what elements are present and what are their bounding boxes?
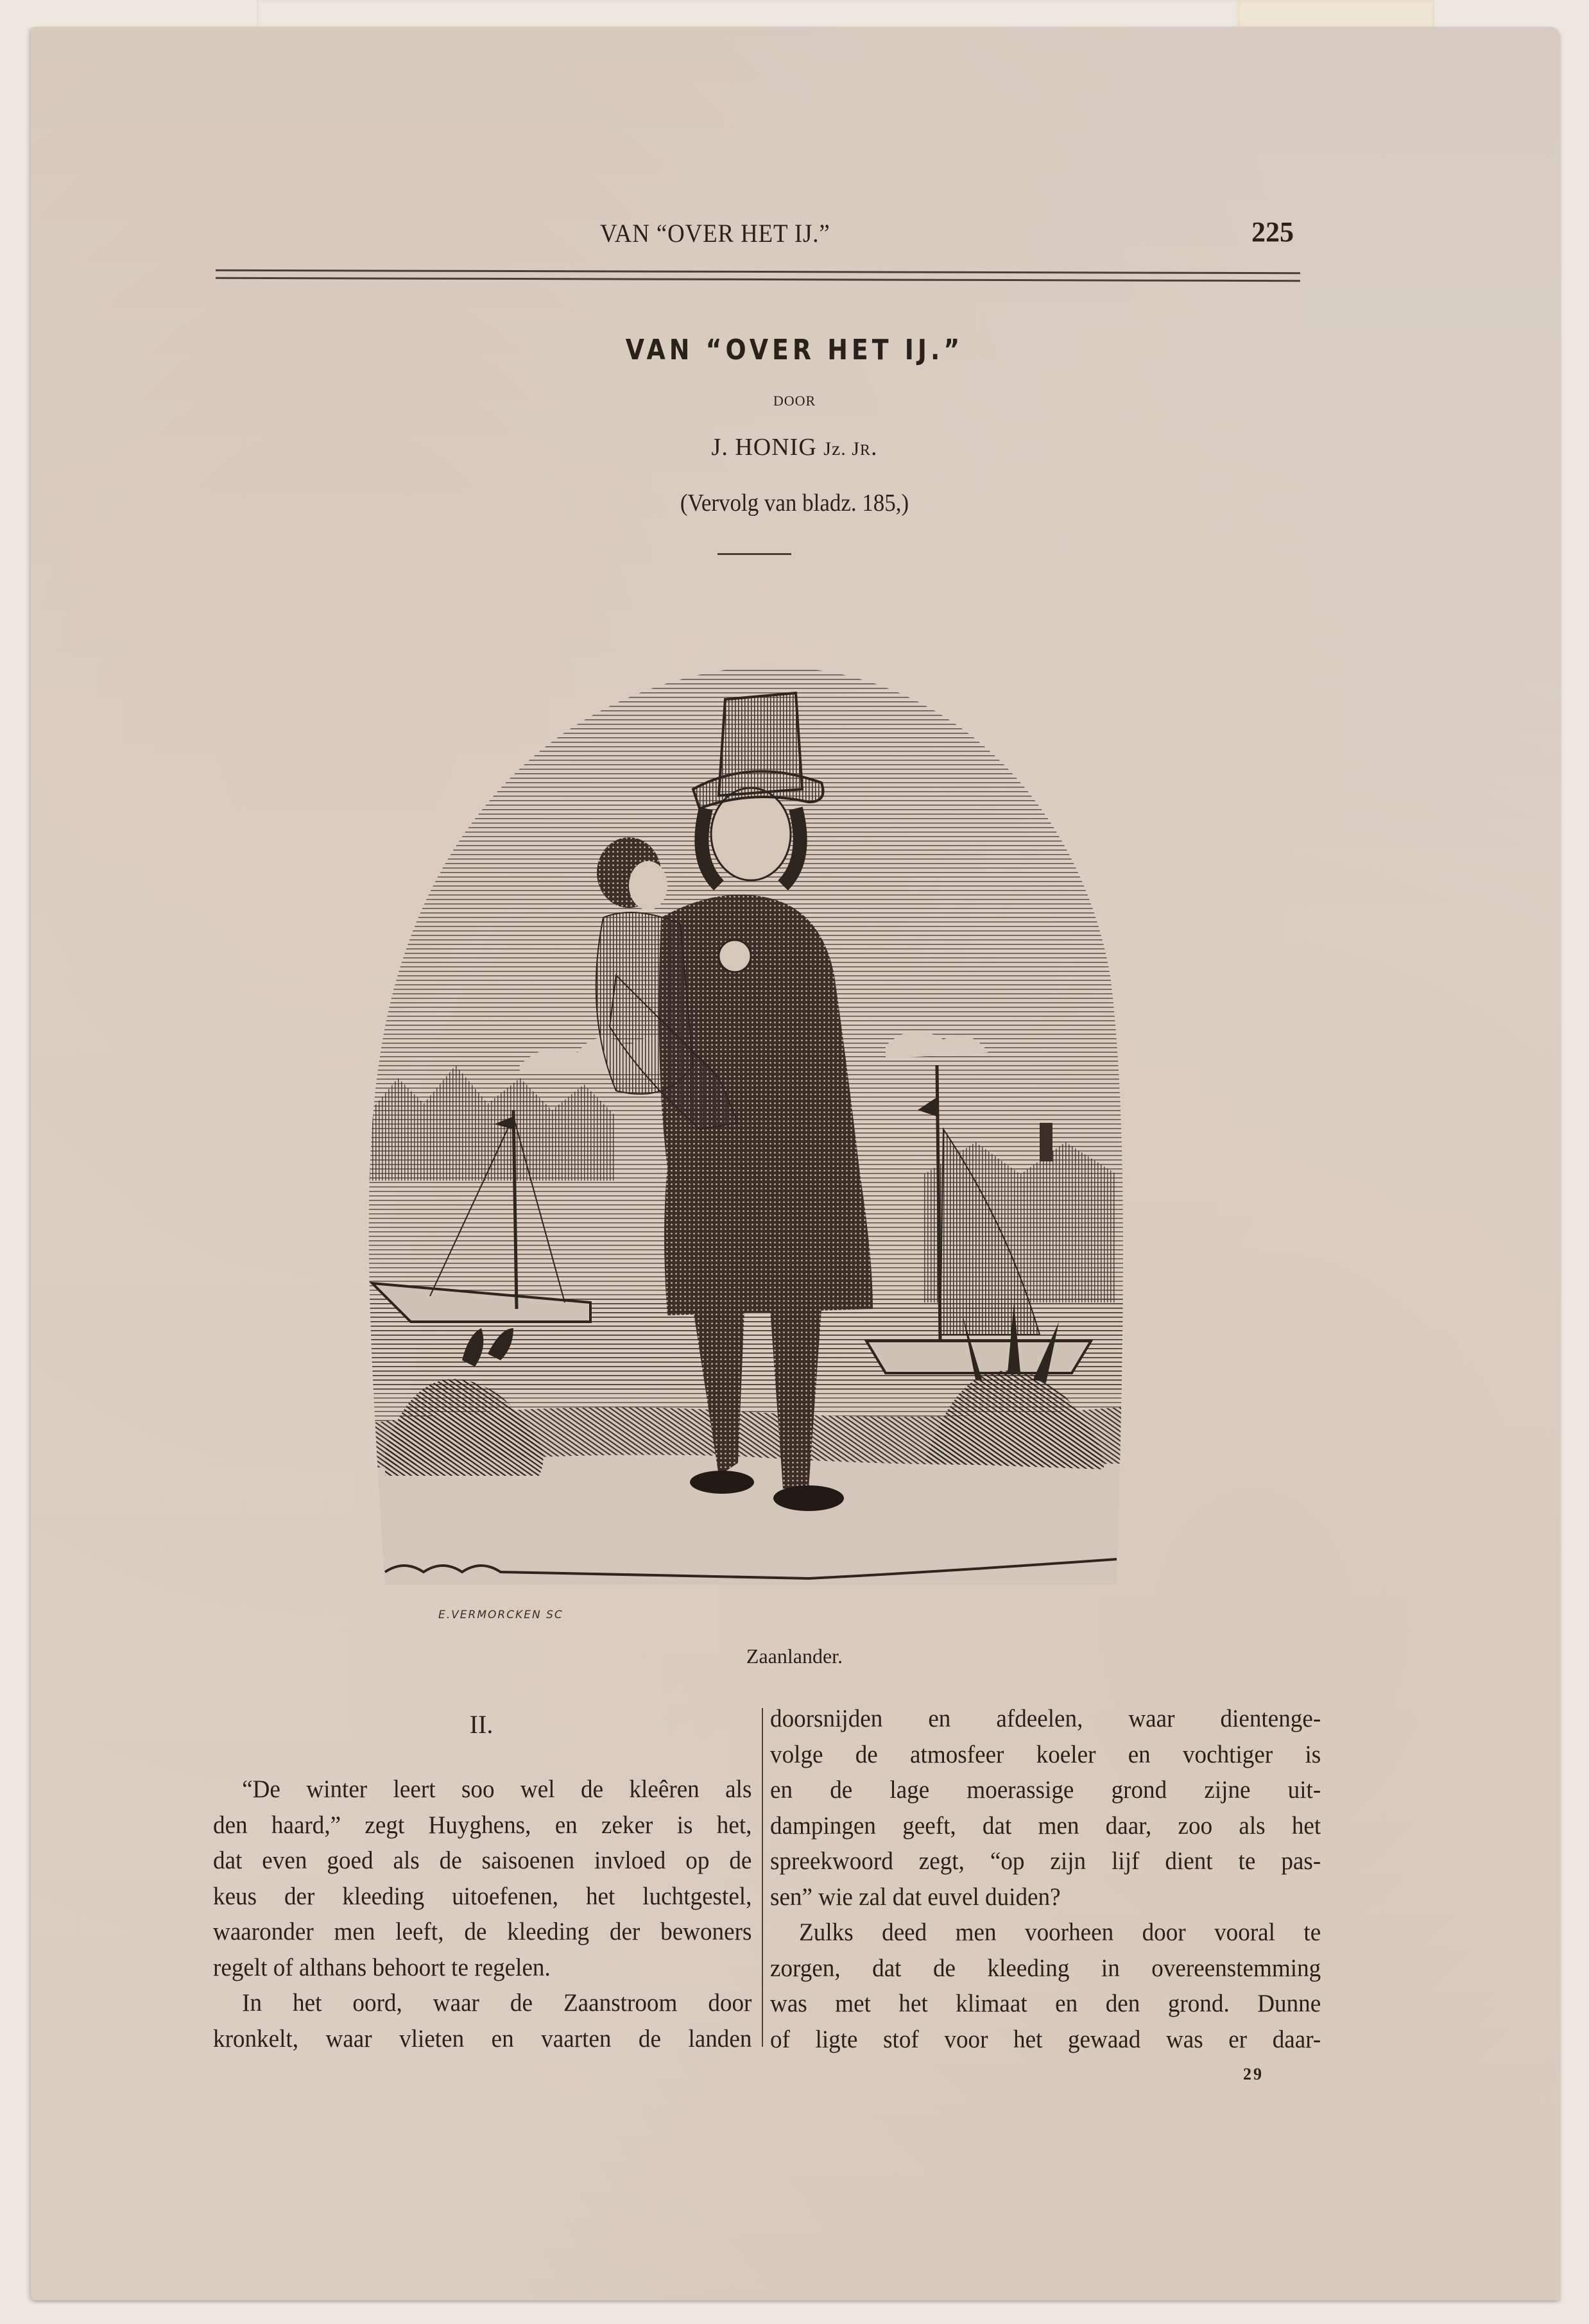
text-column-left: “De winter leert soo wel de kleêren als … — [213, 1772, 752, 2056]
section-numeral: II. — [205, 1709, 757, 1739]
text-line: dat even goed als de saisoenen invloed o… — [213, 1843, 752, 1879]
text-line: waaronder men leeft, de kleeding der bew… — [213, 1914, 752, 1950]
text-line: In het oord, waar de Zaanstroom door — [213, 1985, 752, 2021]
byline-door: DOOR — [0, 393, 1589, 409]
engraver-signature: E.VERMORCKEN SC — [438, 1609, 563, 1621]
page-number: 225 — [1251, 216, 1294, 248]
title-short-rule — [717, 553, 791, 555]
author-name: J. HONIG — [712, 434, 824, 461]
text-line: regelt of althans behoort te regelen. — [213, 1950, 752, 1986]
text-line: volge de atmosfeer koeler en vochtiger i… — [770, 1737, 1321, 1773]
text-line: zorgen, dat de kleeding in overeenstemmi… — [770, 1951, 1321, 1987]
text-line: of ligte stof voor het gewaad was er daa… — [770, 2022, 1321, 2058]
text-column-right: doorsnijden en afdeelen, waar dientenge-… — [770, 1701, 1321, 2057]
figure-caption: Zaanlander. — [0, 1645, 1589, 1668]
text-line: “De winter leert soo wel de kleêren als — [213, 1772, 752, 1807]
running-head-title: VAN “OVER HET IJ.” — [600, 218, 830, 248]
mount-tape-right — [1239, 0, 1434, 31]
author-suffix-jz: Jz. J — [823, 438, 860, 459]
text-line: keus der kleeding uitoefenen, het luchtg… — [213, 1879, 752, 1915]
text-line: Zulks deed men voorheen door vooral te — [770, 1915, 1321, 1951]
article-title: VAN “OVER HET IJ.” — [111, 334, 1477, 366]
text-line: den haard,” zegt Huyghens, en zeker is h… — [213, 1807, 752, 1843]
author-end: . — [871, 434, 878, 461]
text-line: doorsnijden en afdeelen, waar dientenge- — [770, 1701, 1321, 1737]
mount-tape-left — [257, 0, 1239, 31]
text-line: kronkelt, waar vlieten en vaarten de lan… — [213, 2021, 752, 2057]
column-divider — [762, 1708, 763, 2047]
text-line: was met het klimaat en den grond. Dunne — [770, 1986, 1321, 2022]
signature-mark: 29 — [1243, 2065, 1264, 2084]
text-line: spreekwoord zegt, “op zijn lijf dient te… — [770, 1843, 1321, 1879]
byline-author: J. HONIG Jz. JR. — [0, 433, 1589, 461]
text-line: en de lage moerassige grond zijne uit- — [770, 1772, 1321, 1808]
continuation-note: (Vervolg van bladz. 185,) — [64, 489, 1525, 517]
zaanlander-engraving — [359, 616, 1142, 1617]
text-line: sen” wie zal dat euvel duiden? — [770, 1879, 1321, 1915]
text-line: dampingen geeft, dat men daar, zoo als h… — [770, 1808, 1321, 1844]
author-suffix-r: R — [860, 442, 871, 459]
